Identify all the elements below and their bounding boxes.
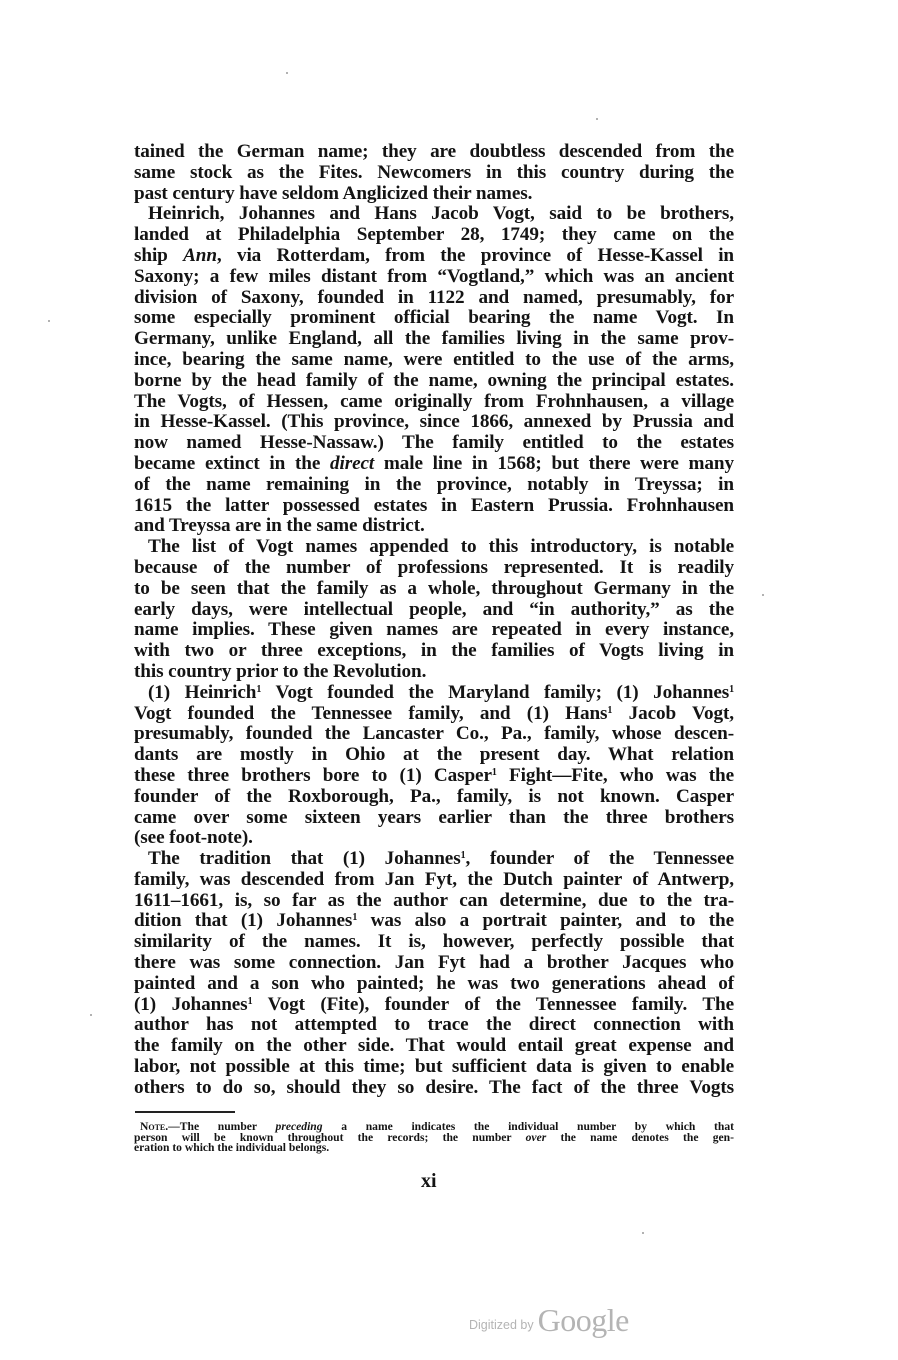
text-line: there was some connection. Jan Fyt had a…: [134, 953, 734, 974]
footnote: Note.—The number preceding a name indica…: [134, 1122, 734, 1154]
paragraph: The list of Vogt names appended to this …: [134, 537, 734, 683]
paragraph: Heinrich, Johannes and Hans Jacob Vogt, …: [134, 204, 734, 537]
text-line: of the name remaining in the province, n…: [134, 475, 734, 496]
text-line: Saxony; a few miles distant from “Vogtla…: [134, 267, 734, 288]
scan-speck: [596, 118, 598, 120]
text-line: to be seen that the family as a whole, t…: [134, 579, 734, 600]
generation-superscript: 1: [607, 705, 612, 716]
page-body-text: tained the German name; they are doubtle…: [134, 142, 734, 1099]
generation-superscript: 1: [729, 684, 734, 695]
text-line: these three brothers bore to (1) Casper1…: [134, 766, 734, 787]
text-line: same stock as the Fites. Newcomers in th…: [134, 163, 734, 184]
text-line: ince, bearing the same name, were entitl…: [134, 350, 734, 371]
text-line: division of Saxony, founded in 1122 and …: [134, 288, 734, 309]
text-line: the family on the other side. That would…: [134, 1036, 734, 1057]
text-line: Vogt founded the Tennessee family, and (…: [134, 704, 734, 725]
text-line: in Hesse-Kassel. (This province, since 1…: [134, 412, 734, 433]
text-line: came over some sixteen years earlier tha…: [134, 808, 734, 829]
text-line: The tradition that (1) Johannes1, founde…: [134, 849, 734, 870]
text-line: (see foot-note).: [134, 828, 734, 849]
text-line: name implies. These given names are repe…: [134, 620, 734, 641]
text-line: presumably, founded the Lancaster Co., P…: [134, 724, 734, 745]
scan-speck: [762, 594, 764, 596]
paragraph: The tradition that (1) Johannes1, founde…: [134, 849, 734, 1099]
text-line: this country prior to the Revolution.: [134, 662, 734, 683]
generation-superscript: 1: [461, 850, 466, 861]
generation-superscript: 1: [248, 996, 253, 1007]
text-line: The Vogts, of Hessen, came originally fr…: [134, 392, 734, 413]
text-line: and Treyssa are in the same district.: [134, 516, 734, 537]
text-line: dition that (1) Johannes1 was also a por…: [134, 911, 734, 932]
scan-speck: [90, 1014, 92, 1016]
text-line: 1615 the latter possessed estates in Eas…: [134, 496, 734, 517]
text-line: landed at Philadelphia September 28, 174…: [134, 225, 734, 246]
generation-superscript: 1: [492, 767, 497, 778]
italic-emphasis: Ann: [183, 245, 217, 266]
text-line: similarity of the names. It is, however,…: [134, 932, 734, 953]
generation-superscript: 1: [352, 912, 357, 923]
footnote-rule: [135, 1111, 235, 1113]
text-line: became extinct in the direct male line i…: [134, 454, 734, 475]
text-line: tained the German name; they are doubtle…: [134, 142, 734, 163]
text-line: (1) Heinrich1 Vogt founded the Maryland …: [134, 683, 734, 704]
text-line: The list of Vogt names appended to this …: [134, 537, 734, 558]
text-line: founder of the Roxborough, Pa., family, …: [134, 787, 734, 808]
text-line: painted and a son who painted; he was tw…: [134, 974, 734, 995]
text-line: Heinrich, Johannes and Hans Jacob Vogt, …: [134, 204, 734, 225]
page-number: xi: [421, 1170, 437, 1193]
digitized-by-google-watermark: Digitized by Google: [469, 1302, 629, 1339]
watermark-prefix: Digitized by: [469, 1318, 534, 1332]
scan-speck: [642, 1232, 644, 1234]
text-line: 1611–1661, is, so far as the author can …: [134, 891, 734, 912]
text-line: past century have seldom Anglicized thei…: [134, 184, 734, 205]
text-line: borne by the head family of the name, ow…: [134, 371, 734, 392]
text-line: labor, not possible at this time; but su…: [134, 1057, 734, 1078]
text-line: (1) Johannes1 Vogt (Fite), founder of th…: [134, 995, 734, 1016]
google-logo-text: Google: [538, 1302, 629, 1338]
italic-emphasis: over: [526, 1131, 547, 1144]
text-line: because of the number of professions rep…: [134, 558, 734, 579]
scan-speck: [48, 320, 50, 322]
text-line: now named Hesse-Nassaw.) The family enti…: [134, 433, 734, 454]
paragraph: tained the German name; they are doubtle…: [134, 142, 734, 204]
text-line: author has not attempted to trace the di…: [134, 1015, 734, 1036]
text-line: some especially prominent official beari…: [134, 308, 734, 329]
italic-emphasis: direct: [330, 453, 374, 474]
scan-speck: [286, 72, 288, 74]
text-line: dants are mostly in Ohio at the present …: [134, 745, 734, 766]
text-line: family, was descended from Jan Fyt, the …: [134, 870, 734, 891]
text-line: others to do so, should they so desire. …: [134, 1078, 734, 1099]
text-line: ship Ann, via Rotterdam, from the provin…: [134, 246, 734, 267]
generation-superscript: 1: [256, 684, 261, 695]
text-line: with two or three exceptions, in the fam…: [134, 641, 734, 662]
text-line: early days, were intellectual people, an…: [134, 600, 734, 621]
footnote-line: eration to which the individual belongs.: [134, 1143, 734, 1154]
paragraph: (1) Heinrich1 Vogt founded the Maryland …: [134, 683, 734, 849]
text-line: Germany, unlike England, all the familie…: [134, 329, 734, 350]
